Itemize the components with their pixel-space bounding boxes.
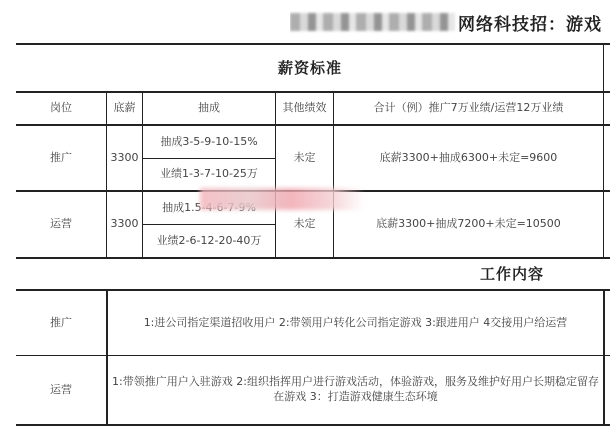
salary-row-total-example: 底薪3300+抽成6300+未定=9600 [334, 126, 603, 190]
watermark-smear [200, 188, 365, 210]
salary-row-other-performance: 未定 [276, 126, 333, 190]
salary-row-position: 推广 [16, 126, 106, 190]
divider [603, 289, 605, 424]
salary-row-performance-tiers: 业绩1-3-7-10-25万 [143, 159, 275, 190]
column-header-commission: 抽成 [143, 93, 275, 124]
column-header-position: 岗位 [16, 93, 106, 124]
work-row-position: 运营 [16, 356, 106, 424]
column-header-total-example: 合计（例）推广7万业绩/运营12万业绩 [334, 93, 603, 124]
salary-row-base-salary: 3300 [107, 192, 142, 257]
salary-row-position: 运营 [16, 192, 106, 257]
column-header-base-salary: 底薪 [107, 93, 142, 124]
salary-section-title: 薪资标准 [16, 45, 604, 91]
work-section-title: 工作内容 [480, 259, 610, 289]
document-title: 网络科技招：游戏 [458, 10, 602, 35]
redacted-company-name [290, 13, 455, 31]
salary-row-performance-tiers: 业绩2-6-12-20-40万 [143, 225, 275, 257]
work-row-content: 1:带领推广用户入驻游戏 2:组织指挥用户进行游戏活动，体验游戏，服务及维护好用… [108, 356, 603, 424]
document-header: 网络科技招：游戏 [290, 8, 610, 36]
work-row-content: 1:进公司指定渠道招收用户 2:带领用户转化公司指定游戏 3:跟进用户 4交接用… [108, 291, 603, 355]
salary-row-base-salary: 3300 [107, 126, 142, 190]
divider [603, 43, 604, 257]
salary-row-total-example: 底薪3300+抽成7200+未定=10500 [334, 192, 603, 257]
salary-row-commission-rate: 抽成3-5-9-10-15% [143, 126, 275, 158]
work-row-position: 推广 [16, 291, 106, 355]
divider [16, 424, 610, 426]
column-header-other-performance: 其他绩效 [276, 93, 333, 124]
